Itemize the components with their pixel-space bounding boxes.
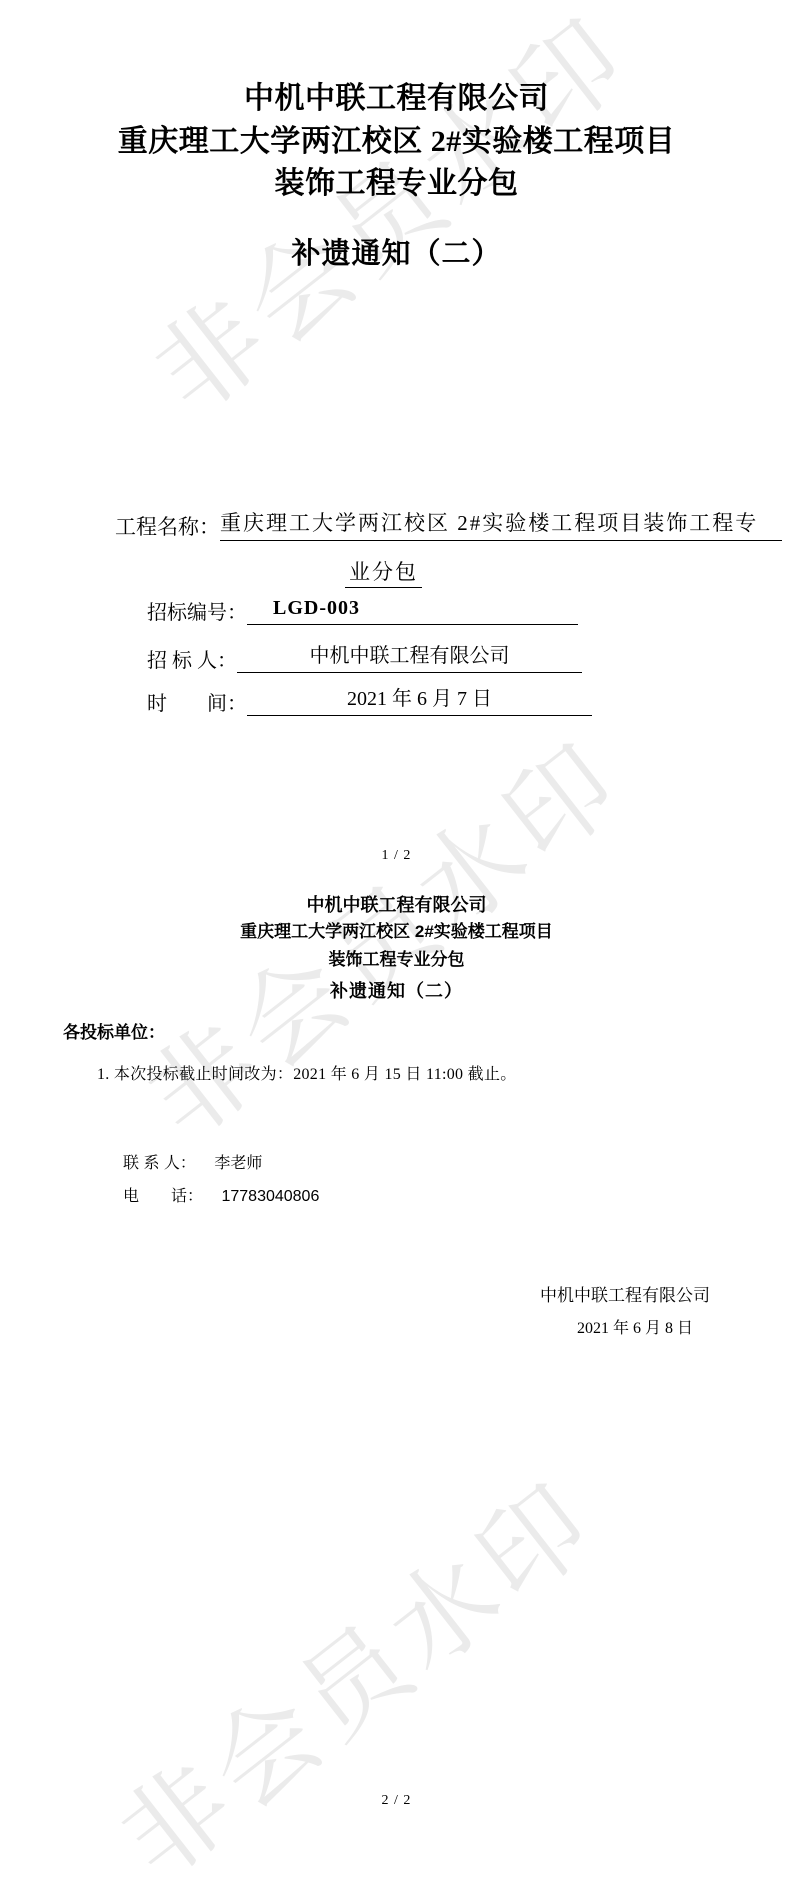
contact-label: 联 系 人： bbox=[123, 1155, 196, 1172]
time-row: 时 间： 2021 年 6 月 7 日 bbox=[147, 682, 592, 716]
page2-notice-title: 补遗通知（二） bbox=[0, 977, 793, 1003]
bid-number-row: 招标编号： LGD-003 bbox=[147, 596, 578, 625]
page2-project-header: 重庆理工大学两江校区 2#实验楼工程项目 bbox=[0, 917, 793, 942]
page1-page-number: 1 / 2 bbox=[0, 848, 793, 864]
bidder-label: 招 标 人： bbox=[147, 644, 237, 673]
notice-item-1: 1. 本次投标截止时间改为：2021 年 6 月 15 日 11:00 截止。 bbox=[97, 1061, 517, 1084]
contact-row: 联 系 人： 李老师 bbox=[123, 1150, 262, 1173]
page2-subproject-header: 装饰工程专业分包 bbox=[0, 945, 793, 970]
watermark-text: 非会员水印 bbox=[138, 0, 648, 431]
phone-value: 17783040806 bbox=[221, 1188, 319, 1205]
project-name-value: 重庆理工大学两江校区 2#实验楼工程项目装饰工程专 bbox=[220, 507, 782, 541]
page1-notice-title: 补遗通知（二） bbox=[0, 231, 793, 272]
bidder-row: 招 标 人： 中机中联工程有限公司 bbox=[147, 639, 582, 673]
project-name-label: 工程名称： bbox=[115, 511, 220, 541]
bid-number-value: LGD-003 bbox=[247, 597, 578, 625]
page2-page-number: 2 / 2 bbox=[0, 1793, 793, 1809]
project-name-row-continued: 业分包 bbox=[345, 556, 422, 586]
page1-company-title: 中机中联工程有限公司 bbox=[0, 73, 793, 117]
document-page: 非会员水印 非会员水印 非会员水印 中机中联工程有限公司 重庆理工大学两江校区 … bbox=[0, 0, 793, 1889]
salutation: 各投标单位： bbox=[63, 1018, 165, 1043]
page1-project-title: 重庆理工大学两江校区 2#实验楼工程项目 bbox=[0, 116, 793, 160]
time-value: 2021 年 6 月 7 日 bbox=[247, 682, 592, 716]
page2-company-header: 中机中联工程有限公司 bbox=[0, 891, 793, 917]
time-label: 时 间： bbox=[147, 687, 247, 716]
project-name-value-continued: 业分包 bbox=[345, 560, 422, 588]
contact-value: 李老师 bbox=[214, 1155, 262, 1172]
bid-number-label: 招标编号： bbox=[147, 596, 247, 625]
bidder-value: 中机中联工程有限公司 bbox=[237, 639, 582, 673]
page1-subproject-title: 装饰工程专业分包 bbox=[0, 158, 793, 202]
signature-company: 中机中联工程有限公司 bbox=[540, 1281, 710, 1306]
watermark-text: 非会员水印 bbox=[104, 1465, 614, 1889]
project-name-row: 工程名称： 重庆理工大学两江校区 2#实验楼工程项目装饰工程专 bbox=[115, 507, 782, 541]
signature-date: 2021 年 6 月 8 日 bbox=[577, 1315, 693, 1338]
phone-row: 电 话： 17783040806 bbox=[123, 1183, 319, 1206]
phone-label: 电 话： bbox=[123, 1188, 203, 1205]
